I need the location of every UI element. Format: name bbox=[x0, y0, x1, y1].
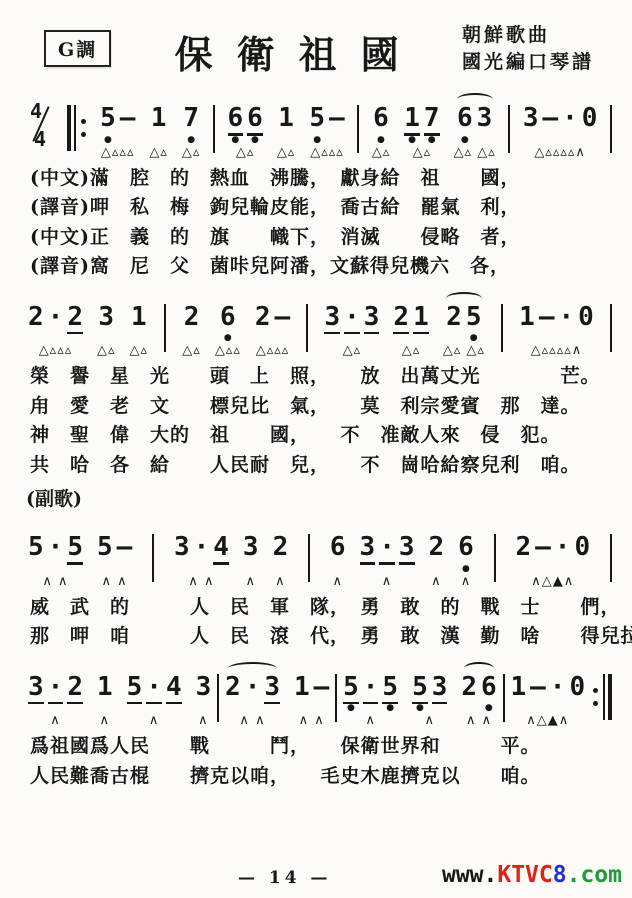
beam-underline bbox=[67, 702, 83, 705]
note-cell: 1 bbox=[294, 674, 310, 713]
measure: 6●△▵1●7●△▵6●3 △▵ △▵ bbox=[370, 93, 498, 160]
barline bbox=[308, 534, 310, 582]
note-cell: 0 bbox=[574, 534, 590, 573]
note-chars: 1 bbox=[131, 304, 147, 343]
note-cell: 5● bbox=[412, 674, 428, 713]
beam-underline bbox=[28, 332, 44, 335]
note-group: 2 △▵ bbox=[182, 292, 201, 359]
note-char: — bbox=[530, 674, 546, 701]
beam-underline bbox=[432, 702, 448, 705]
note-chars: 5●3 bbox=[412, 674, 447, 713]
beam-underline bbox=[477, 133, 493, 136]
harmonica-tab-row: ∧△▲∧ bbox=[531, 574, 574, 589]
note-cell: · bbox=[562, 105, 578, 144]
note-char: 1 bbox=[131, 304, 147, 331]
harmonica-tab-row: ∧ bbox=[198, 713, 209, 728]
note-cell: · bbox=[363, 674, 379, 713]
note-chars: 2 — bbox=[255, 304, 290, 343]
note-char: · bbox=[562, 105, 578, 132]
note-chars: 2 bbox=[429, 534, 445, 573]
note-char: 6 bbox=[228, 105, 244, 132]
note-chars: 2 — · 0 bbox=[515, 534, 590, 573]
note-cell: 1 bbox=[131, 304, 147, 343]
beam-underline bbox=[510, 702, 526, 705]
note-chars: 6●6● bbox=[228, 105, 263, 144]
note-group: 1 — ∧ ∧ bbox=[294, 662, 329, 729]
note-cell: 5● bbox=[466, 304, 482, 343]
repeat-dot bbox=[81, 119, 86, 124]
beam-underline bbox=[574, 562, 590, 565]
beam-underline bbox=[399, 562, 415, 565]
repeat-end-mark bbox=[591, 674, 612, 720]
harmonica-tab-row: △▵▵▵ bbox=[101, 145, 135, 160]
note-char: 2 bbox=[184, 304, 200, 331]
note-cell: · bbox=[379, 534, 395, 573]
note-char: — bbox=[535, 534, 551, 561]
barline-thin bbox=[74, 105, 76, 151]
site-watermark[interactable]: www.KTVC8.com bbox=[442, 862, 622, 888]
note-chars: 2 · 3 bbox=[225, 674, 280, 713]
beam-underline bbox=[542, 133, 558, 136]
lyric-row: 甪 愛 老 文 標兒比 氣， 莫 利宗愛賓 那 達。 bbox=[30, 392, 612, 422]
note-cell: 2 bbox=[515, 534, 531, 573]
note-char: 1 bbox=[97, 674, 113, 701]
octave-dot: ● bbox=[104, 136, 112, 144]
octave-dot: ● bbox=[377, 136, 385, 144]
measure: 3 · 3 △▵2 1 △▵2 5●△▵ △▵ bbox=[322, 292, 486, 359]
harmonica-tab-row: △▵ bbox=[130, 343, 149, 358]
note-group: 6●3 △▵ △▵ bbox=[454, 93, 496, 160]
beam-underline bbox=[245, 702, 261, 705]
note-char: 2 bbox=[461, 674, 477, 701]
lyric-row: (譯音)呷 私 梅 鉤兒輪皮能， 喬古給 罷氣 利， bbox=[30, 193, 612, 223]
note-cell: · bbox=[146, 674, 162, 713]
harmonica-tab-row: ∧ bbox=[431, 574, 442, 589]
note-group: 2 ∧ bbox=[429, 522, 445, 589]
note-cell: 7● bbox=[424, 105, 440, 144]
note-char: 7 bbox=[424, 105, 440, 132]
lyric-row: 威 武 的 人 民 軍 隊， 勇 敢 的 戰 士 們， bbox=[30, 593, 612, 623]
note-char: 5 bbox=[100, 105, 116, 132]
note-group: 3 — · 0 △▵▵▵▵∧ bbox=[523, 93, 598, 160]
measure: 6 ∧3 · 3 ∧2 ∧6●∧ bbox=[328, 522, 476, 589]
note-char: · bbox=[550, 674, 566, 701]
note-char: 5 bbox=[466, 304, 482, 331]
barline bbox=[217, 674, 219, 722]
note-cell: 3 bbox=[399, 534, 415, 573]
note-cell: 1 bbox=[97, 674, 113, 713]
note-cell: · bbox=[245, 674, 261, 713]
note-char: 1 bbox=[151, 105, 167, 132]
repeat-dot bbox=[593, 701, 598, 706]
note-chars: 2 · 2 bbox=[28, 304, 83, 343]
harmonica-tab-row: ∧ ∧ bbox=[466, 713, 492, 728]
note-chars: 1 bbox=[278, 105, 294, 144]
note-chars: 7● bbox=[183, 105, 199, 144]
beam-underline bbox=[264, 702, 280, 705]
octave-dot: ● bbox=[347, 704, 355, 712]
note-cell: 3 bbox=[523, 105, 539, 144]
beam-underline bbox=[582, 133, 598, 136]
octave-dot: ● bbox=[187, 136, 195, 144]
note-chars: 6● bbox=[373, 105, 389, 144]
barline bbox=[610, 304, 612, 352]
harmonica-tab-row: △▵ bbox=[413, 145, 432, 160]
harmonica-tab-row: △▵▵▵ bbox=[256, 343, 290, 358]
beam-underline bbox=[569, 702, 585, 705]
note-char: 2 bbox=[515, 534, 531, 561]
note-chars: 2 bbox=[184, 304, 200, 343]
note-group: 2 — · 0 ∧△▲∧ bbox=[515, 522, 590, 589]
note-cell: 3 bbox=[264, 674, 280, 713]
note-cell: 4 bbox=[213, 534, 229, 573]
note-cell: · bbox=[48, 674, 64, 713]
beam-underline bbox=[379, 562, 395, 565]
note-cell: · bbox=[194, 534, 210, 573]
harmonica-tab-row: ∧ bbox=[382, 574, 393, 589]
note-chars: 5●— bbox=[309, 105, 344, 144]
harmonica-tab-row: △▵ bbox=[402, 343, 421, 358]
beam-underline bbox=[446, 332, 462, 335]
beam-underline bbox=[28, 562, 44, 565]
beam-underline bbox=[151, 133, 167, 136]
note-chars: 1 — · 0 bbox=[519, 304, 594, 343]
note-cell: · bbox=[344, 304, 360, 343]
note-char: 6 bbox=[330, 534, 346, 561]
watermark-segment: .com bbox=[567, 862, 622, 888]
lyric-row: 人民難喬古棍 擠克以咱， 毛史木鹿擠克以 咱。 bbox=[30, 762, 612, 792]
beam-underline bbox=[519, 332, 535, 335]
note-cell: 1 bbox=[510, 674, 526, 713]
beam-underline bbox=[429, 562, 445, 565]
note-cell: 3 bbox=[98, 304, 114, 343]
barline bbox=[306, 304, 308, 352]
octave-dot: ● bbox=[428, 136, 436, 144]
note-char: 5 bbox=[97, 534, 113, 561]
note-char: 3 bbox=[324, 304, 340, 331]
note-chars: 2 5● bbox=[446, 304, 481, 343]
barline bbox=[213, 105, 215, 153]
barline bbox=[152, 534, 154, 582]
harmonica-tab-row: ∧ ∧ bbox=[42, 574, 68, 589]
note-char: — bbox=[275, 304, 291, 331]
measure: 3 · 2 ∧1 ∧5 · 4 ∧3 ∧ bbox=[26, 662, 213, 729]
note-group: 6●△▵▵ bbox=[215, 292, 241, 359]
measure: 2 · 3 ∧ ∧1 — ∧ ∧ bbox=[223, 662, 331, 729]
note-group: 3 · 2 ∧ bbox=[28, 662, 83, 729]
measure: 3 — · 0 △▵▵▵▵∧ bbox=[521, 93, 600, 160]
note-char: 1 bbox=[413, 304, 429, 331]
note-cell: · bbox=[555, 534, 571, 573]
harmonica-tab-row: △▵▵▵ bbox=[310, 145, 344, 160]
note-char: 6 bbox=[373, 105, 389, 132]
note-cell: — bbox=[275, 304, 291, 343]
note-cell: 0 bbox=[569, 674, 585, 713]
beam-underline bbox=[48, 562, 64, 565]
note-cell: 1 bbox=[151, 105, 167, 144]
harmonica-tab-row: ∧ ∧ bbox=[188, 574, 214, 589]
note-cell: · bbox=[550, 674, 566, 713]
note-char: · bbox=[48, 534, 64, 561]
beam-underline bbox=[314, 702, 330, 705]
beam-underline bbox=[131, 332, 147, 335]
note-group: 1 — · 0 ∧△▲∧ bbox=[510, 662, 585, 729]
barline bbox=[335, 674, 337, 722]
harmonica-tab-row: ∧ bbox=[424, 713, 435, 728]
note-cell: 3 bbox=[364, 304, 380, 343]
beam-underline bbox=[344, 332, 360, 335]
note-char: — bbox=[542, 105, 558, 132]
note-char: — bbox=[117, 534, 133, 561]
beam-underline bbox=[255, 332, 271, 335]
repeat-dots bbox=[81, 119, 86, 137]
note-char: 0 bbox=[578, 304, 594, 331]
note-cell: · bbox=[558, 304, 574, 343]
beam-underline bbox=[562, 133, 578, 136]
harmonica-tab-row: ∧△▲∧ bbox=[526, 713, 569, 728]
beam-underline bbox=[363, 702, 379, 705]
beam-underline bbox=[278, 133, 294, 136]
beam-underline bbox=[67, 562, 83, 565]
credit-origin: 朝鮮歌曲 bbox=[462, 22, 612, 49]
beam-underline bbox=[294, 702, 310, 705]
octave-dot: ● bbox=[416, 704, 424, 712]
beam-underline bbox=[97, 702, 113, 705]
note-cell: 5● bbox=[309, 105, 325, 144]
measure: 1 — · 0 ∧△▲∧ bbox=[508, 662, 587, 729]
note-cell: 3 bbox=[360, 534, 376, 573]
note-cell: 1 bbox=[413, 304, 429, 343]
harmonica-tab-row: △▵▵▵ bbox=[39, 343, 73, 358]
octave-dot: ● bbox=[462, 565, 470, 573]
note-chars: 5 · 5 bbox=[28, 534, 83, 573]
note-char: 1 bbox=[404, 105, 420, 132]
note-group: 2 1 △▵ bbox=[393, 292, 428, 359]
beam-underline bbox=[243, 562, 259, 565]
music-line: 2 · 2 △▵▵▵3 △▵1 △▵2 △▵6●△▵▵2 — △▵▵▵3 · 3… bbox=[26, 292, 612, 359]
note-char: 3 bbox=[174, 534, 190, 561]
note-chars: 3 · 2 bbox=[28, 674, 83, 713]
beam-underline bbox=[28, 702, 44, 705]
note-group: 6 ∧ bbox=[330, 522, 346, 589]
note-char: 5 bbox=[67, 534, 83, 561]
note-chars: 1●7● bbox=[404, 105, 439, 144]
note-char: · bbox=[363, 674, 379, 701]
note-char: 5 bbox=[309, 105, 325, 132]
barline-thick bbox=[608, 674, 612, 720]
octave-dot: ● bbox=[461, 136, 469, 144]
note-chars: 6● bbox=[220, 304, 236, 343]
time-signature: 44 bbox=[26, 101, 56, 159]
note-group: 5●· 5●∧ bbox=[343, 662, 398, 729]
note-char: 3 bbox=[196, 674, 212, 701]
note-chars: 3 bbox=[196, 674, 212, 713]
note-char: 7 bbox=[183, 105, 199, 132]
beam-underline bbox=[273, 562, 289, 565]
note-cell: — bbox=[535, 534, 551, 573]
beam-underline bbox=[97, 562, 113, 565]
note-group: 2 · 2 △▵▵▵ bbox=[28, 292, 83, 359]
note-group: 3 · 3 ∧ bbox=[360, 522, 415, 589]
note-chars: 2 6● bbox=[461, 674, 496, 713]
note-char: — bbox=[539, 304, 555, 331]
note-group: 6●△▵ bbox=[372, 93, 391, 160]
measure: 2 — · 0 ∧△▲∧ bbox=[513, 522, 592, 589]
barline bbox=[610, 105, 612, 153]
note-char: 5 bbox=[382, 674, 398, 701]
note-char: 0 bbox=[569, 674, 585, 701]
note-char: — bbox=[314, 674, 330, 701]
measure: 1 — · 0 △▵▵▵▵∧ bbox=[517, 292, 596, 359]
note-char: 5 bbox=[343, 674, 359, 701]
octave-dot: ● bbox=[251, 136, 259, 144]
octave-dot: ● bbox=[485, 704, 493, 712]
lyric-block: (中文)滿 腔 的 熱血 沸騰， 獻身給 祖 國，(譯音)呷 私 梅 鉤兒輪皮能… bbox=[30, 164, 612, 282]
note-group: 3 ∧ bbox=[243, 522, 259, 589]
beam-underline bbox=[48, 332, 64, 335]
note-group: 2 6●∧ ∧ bbox=[461, 662, 496, 729]
harmonica-tab-row: △▵ bbox=[277, 145, 296, 160]
note-chars: 1 bbox=[151, 105, 167, 144]
beam-underline bbox=[360, 562, 376, 565]
repeat-dot bbox=[81, 132, 86, 137]
note-chars: 3 bbox=[243, 534, 259, 573]
harmonica-tab-row: ∧ bbox=[332, 574, 343, 589]
beam-underline bbox=[324, 332, 340, 335]
page-number: — 14 — bbox=[238, 868, 332, 888]
note-group: 6●∧ bbox=[458, 522, 474, 589]
note-char: 3 bbox=[98, 304, 114, 331]
lyric-block: 榮 譽 星 光 頭 上 照， 放 出萬丈光 芒。甪 愛 老 文 標兒比 氣， 莫… bbox=[30, 362, 612, 480]
octave-dot: ● bbox=[231, 136, 239, 144]
beam-underline bbox=[117, 562, 133, 565]
harmonica-tab-row: ∧ bbox=[245, 574, 256, 589]
repeat-dots bbox=[593, 688, 598, 706]
key-signature-box: G調 bbox=[44, 30, 111, 67]
barline bbox=[357, 105, 359, 153]
lyric-row: (譯音)窩 尼 父 菌咔兒阿潘，文蘇得兒機六 各， bbox=[30, 252, 612, 282]
beam-underline bbox=[213, 562, 229, 565]
note-cell: 6● bbox=[458, 534, 474, 573]
beam-underline bbox=[275, 332, 291, 335]
note-char: · bbox=[48, 304, 64, 331]
note-cell: 2 bbox=[429, 534, 445, 573]
barline-thick bbox=[67, 105, 71, 151]
note-group: 5 — ∧ ∧ bbox=[97, 522, 132, 589]
harmonica-tab-row: △▵ bbox=[149, 145, 168, 160]
note-cell: 0 bbox=[582, 105, 598, 144]
beam-underline bbox=[461, 702, 477, 705]
harmonica-tab-row: ∧ bbox=[100, 713, 111, 728]
note-cell: 3 bbox=[243, 534, 259, 573]
sheet-footer: — 14 — www.KTVC8.com bbox=[0, 862, 632, 892]
harmonica-tab-row: ∧ bbox=[50, 713, 61, 728]
harmonica-tab-row: ∧ bbox=[461, 574, 472, 589]
beam-underline bbox=[515, 562, 531, 565]
note-group: 3 △▵ bbox=[97, 292, 116, 359]
note-char: 3 bbox=[28, 674, 44, 701]
lyric-block: 威 武 的 人 民 軍 隊， 勇 敢 的 戰 士 們，那 呷 咱 人 民 滾 代… bbox=[30, 593, 612, 652]
note-cell: 6● bbox=[247, 105, 263, 144]
note-group: 1 △▵ bbox=[149, 93, 168, 160]
note-cell: 6● bbox=[373, 105, 389, 144]
note-chars: 5 · 4 bbox=[127, 674, 182, 713]
beam-underline bbox=[393, 332, 409, 335]
note-chars: 3 bbox=[98, 304, 114, 343]
octave-dot: ● bbox=[224, 334, 232, 342]
note-char: 5 bbox=[127, 674, 143, 701]
note-char: · bbox=[146, 674, 162, 701]
note-char: — bbox=[120, 105, 136, 132]
note-cell: — bbox=[117, 534, 133, 573]
note-char: 1 bbox=[510, 674, 526, 701]
note-cell: 7● bbox=[183, 105, 199, 144]
note-char: 5 bbox=[412, 674, 428, 701]
beam-underline bbox=[67, 332, 83, 335]
measure: 5●— △▵▵▵1 △▵7●△▵ bbox=[98, 93, 202, 160]
note-chars: 1 — · 0 bbox=[510, 674, 585, 713]
note-char: 0 bbox=[582, 105, 598, 132]
note-chars: 3 · 4 bbox=[174, 534, 229, 573]
note-group: 3 · 3 △▵ bbox=[324, 292, 379, 359]
beam-underline bbox=[194, 562, 210, 565]
credits: 朝鮮歌曲 國光編口琴譜 bbox=[462, 22, 612, 76]
repeat-dot bbox=[593, 688, 598, 693]
note-cell: — bbox=[530, 674, 546, 713]
note-cell: 2 bbox=[393, 304, 409, 343]
harmonica-tab-row: ∧ ∧ bbox=[102, 574, 128, 589]
note-char: 3 bbox=[477, 105, 493, 132]
note-cell: 5● bbox=[382, 674, 398, 713]
time-sig-bottom: 4 bbox=[34, 127, 46, 151]
note-chars: 5●— bbox=[100, 105, 135, 144]
beam-underline bbox=[558, 332, 574, 335]
note-cell: 2 bbox=[461, 674, 477, 713]
barline-thin bbox=[603, 674, 605, 720]
chorus-label: (副歌) bbox=[26, 486, 612, 512]
measure: 6●6●△▵1 △▵5●— △▵▵▵ bbox=[226, 93, 347, 160]
octave-dot: ● bbox=[386, 704, 394, 712]
beam-underline bbox=[413, 332, 429, 335]
beam-underline bbox=[174, 562, 190, 565]
note-chars: 5 — bbox=[97, 534, 132, 573]
note-cell: 2 bbox=[28, 304, 44, 343]
harmonica-tab-row: △▵ bbox=[97, 343, 116, 358]
music-line: 5 · 5 ∧ ∧5 — ∧ ∧3 · 4 ∧ ∧3 ∧2 ∧6 ∧3 · 3 … bbox=[26, 522, 612, 589]
note-cell: 5 bbox=[67, 534, 83, 573]
measure: 3 · 4 ∧ ∧3 ∧2 ∧ bbox=[172, 522, 290, 589]
note-char: 3 bbox=[364, 304, 380, 331]
note-cell: 2 bbox=[225, 674, 241, 713]
note-char: 2 bbox=[28, 304, 44, 331]
harmonica-tab-row: △▵ △▵ bbox=[454, 145, 496, 160]
note-chars: 6●3 bbox=[457, 105, 492, 144]
note-char: 2 bbox=[429, 534, 445, 561]
harmonica-tab-row: △▵ △▵ bbox=[443, 343, 485, 358]
beam-underline bbox=[127, 702, 143, 705]
beam-underline bbox=[364, 332, 380, 335]
lyric-row: 爲祖國爲人民 戰 鬥， 保衛世界和 平。 bbox=[30, 732, 612, 762]
note-char: 2 bbox=[67, 304, 83, 331]
beam-underline bbox=[530, 702, 546, 705]
note-char: 3 bbox=[432, 674, 448, 701]
note-group: 1 △▵ bbox=[277, 93, 296, 160]
barline bbox=[494, 534, 496, 582]
beam-underline bbox=[225, 702, 241, 705]
note-group: 2 5●△▵ △▵ bbox=[443, 292, 485, 359]
note-cell: 2 bbox=[446, 304, 462, 343]
note-chars: 3 — · 0 bbox=[523, 105, 598, 144]
